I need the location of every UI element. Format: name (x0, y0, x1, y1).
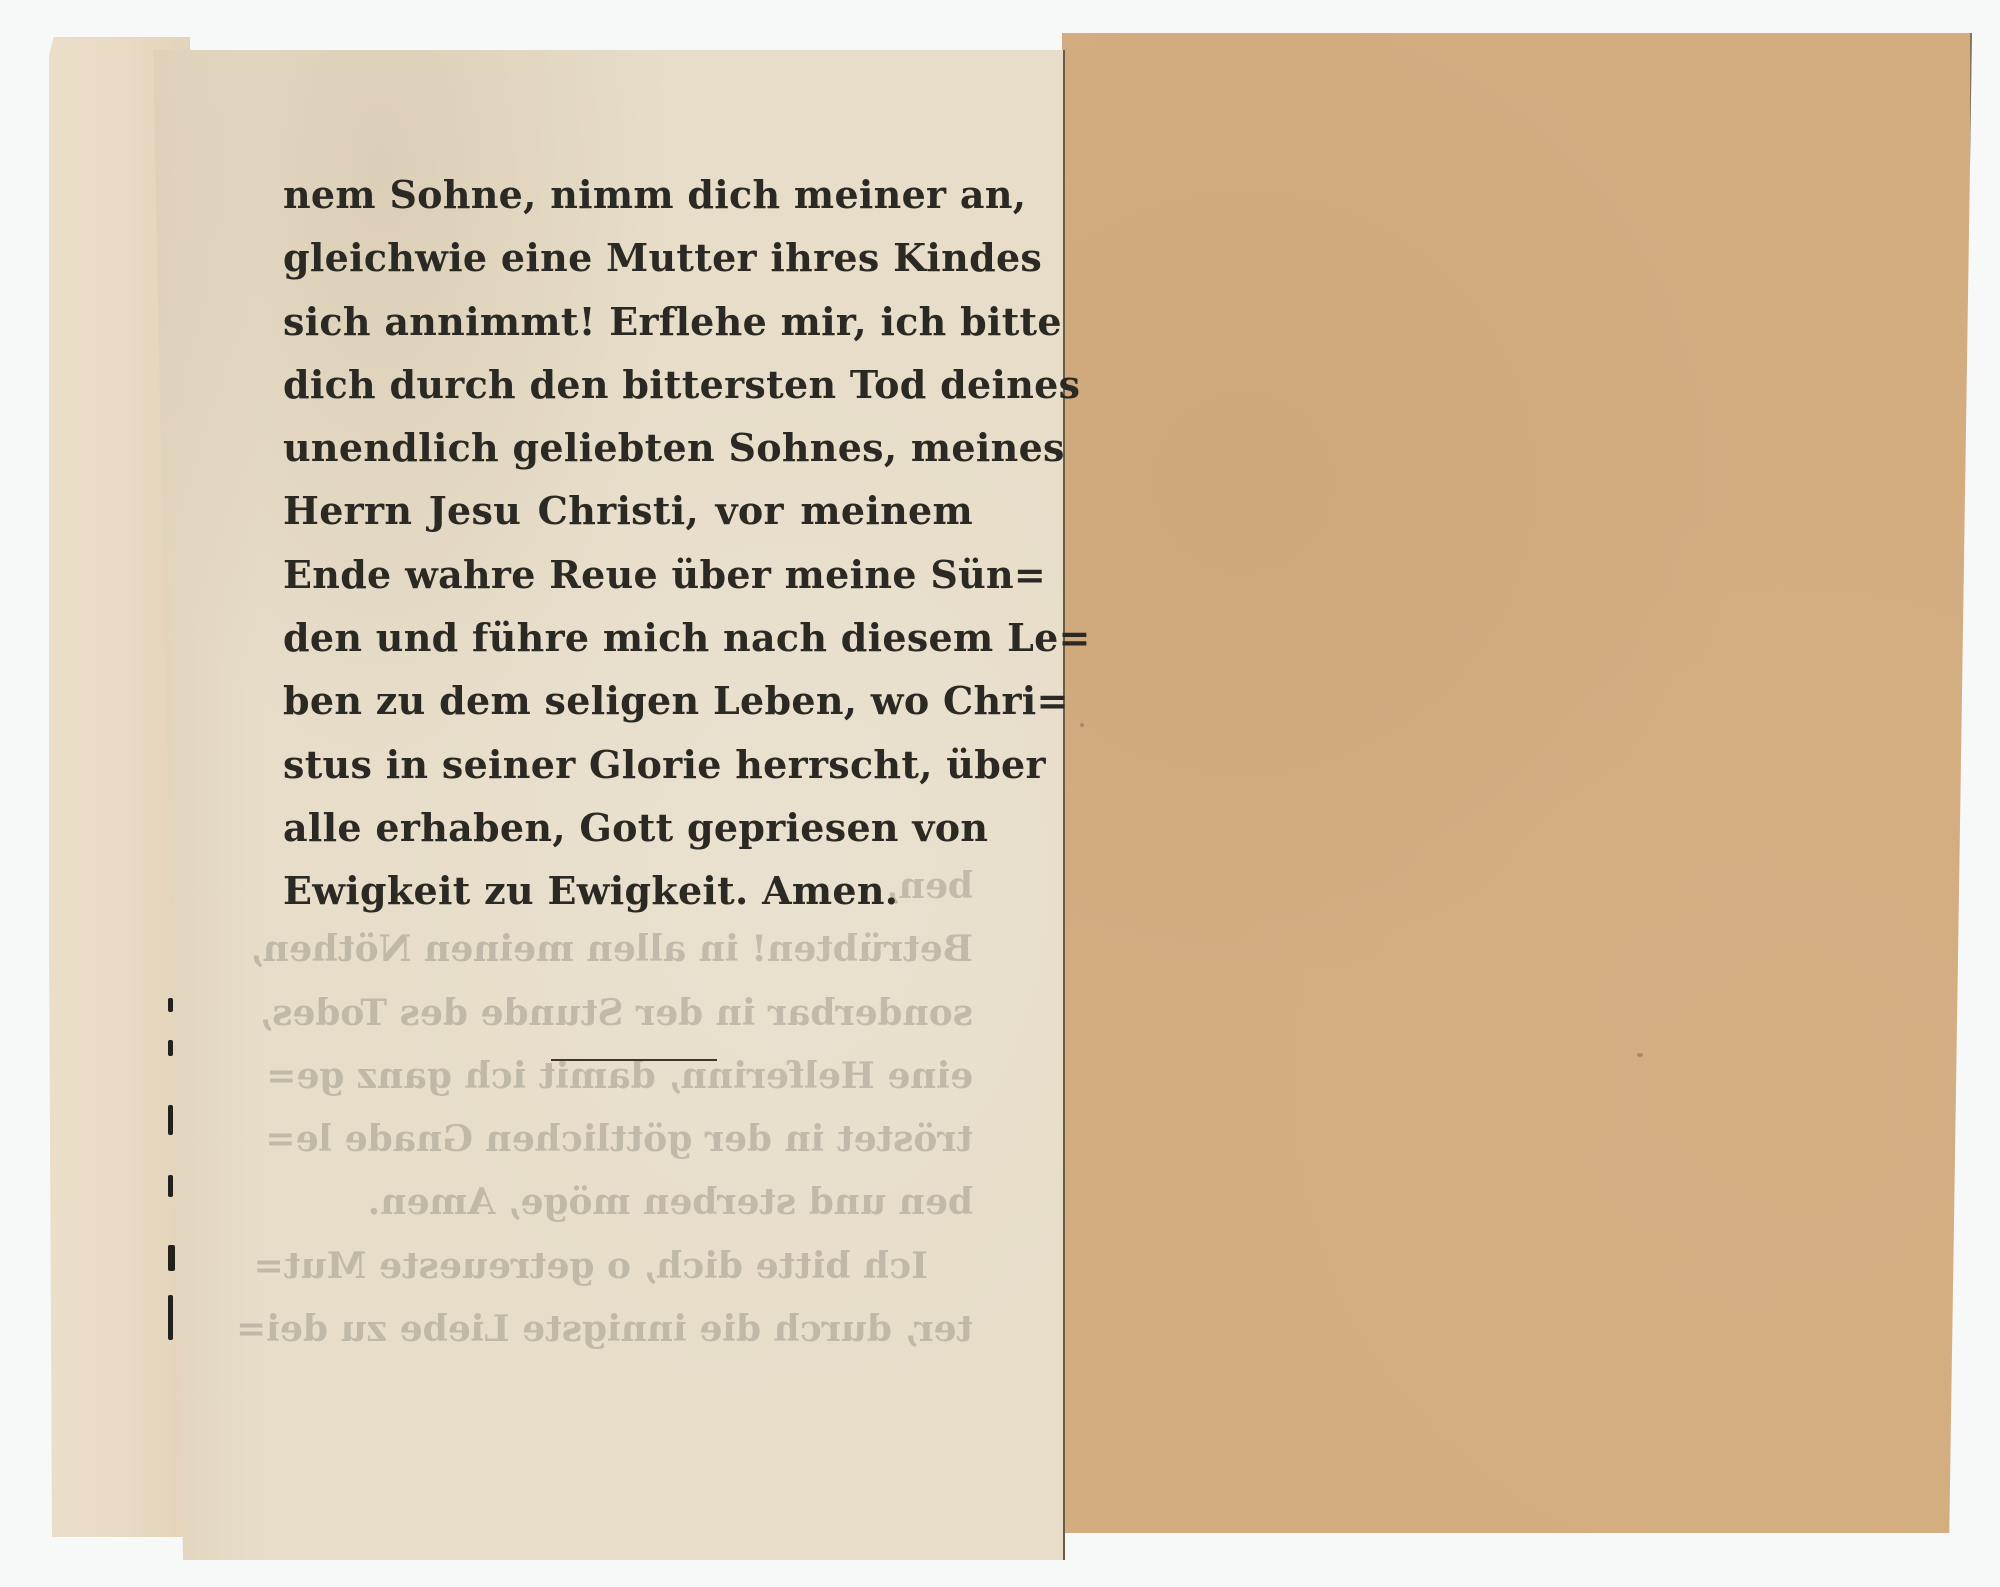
text-line: ben zu dem seligen Leben, wo Chri= (283, 669, 973, 732)
text-line: gleichwie eine Mutter ihres Kindes (283, 226, 973, 289)
letter-fragment (168, 1105, 173, 1135)
underlying-sheet-text-fragments (168, 990, 176, 1390)
letter-fragment (168, 1295, 173, 1340)
text-line: sich annimmt! Erflehe mir, ich bitte (283, 290, 973, 353)
text-line: Herrn Jesu Christi, vor meinem (283, 479, 973, 542)
bleed-line: Betrübten! in allen meinen Nöthen, (283, 918, 973, 981)
bleed-line: ben und sterben möge, Amen. (283, 1171, 973, 1234)
text-line: unendlich geliebten Sohnes, meines (283, 416, 973, 479)
bleed-line: eine Helferinn, damit ich ganz ge= (283, 1045, 973, 1108)
bleed-line: sonderbar in der Stunde des Todes, (283, 982, 973, 1045)
text-line: stus in seiner Glorie herrscht, über (283, 733, 973, 796)
bleed-line: ter, durch die innigste Liebe zu dei= (283, 1298, 973, 1361)
paper-speck (1637, 1053, 1643, 1057)
bleed-line: Ich bitte dich, o getreueste Mut= (283, 1235, 973, 1298)
bleed-through-text: ben, Betrübten! in allen meinen Nöthen, … (283, 855, 973, 1361)
letter-fragment (168, 1175, 173, 1197)
text-line: nem Sohne, nimm dich meiner an, (283, 163, 973, 226)
bleed-line: tröstet in der göttlichen Gnade le= (283, 1108, 973, 1171)
letter-fragment (168, 998, 173, 1012)
text-line: alle erhaben, Gott gepriesen von (283, 796, 973, 859)
text-line: den und führe mich nach diesem Le= (283, 606, 973, 669)
text-line: dich durch den bittersten Tod deines (283, 353, 973, 416)
text-line-closing: Ewigkeit zu Ewigkeit. Amen. (283, 859, 973, 922)
text-line: Ende wahre Reue über meine Sün= (283, 543, 973, 606)
paper-speck (1080, 723, 1084, 727)
section-divider-rule (551, 1059, 717, 1061)
letter-fragment (168, 1040, 173, 1056)
letter-fragment (168, 1245, 175, 1271)
backing-board (1062, 33, 1972, 1533)
prayer-text: nem Sohne, nimm dich meiner an, gleichwi… (283, 163, 973, 923)
